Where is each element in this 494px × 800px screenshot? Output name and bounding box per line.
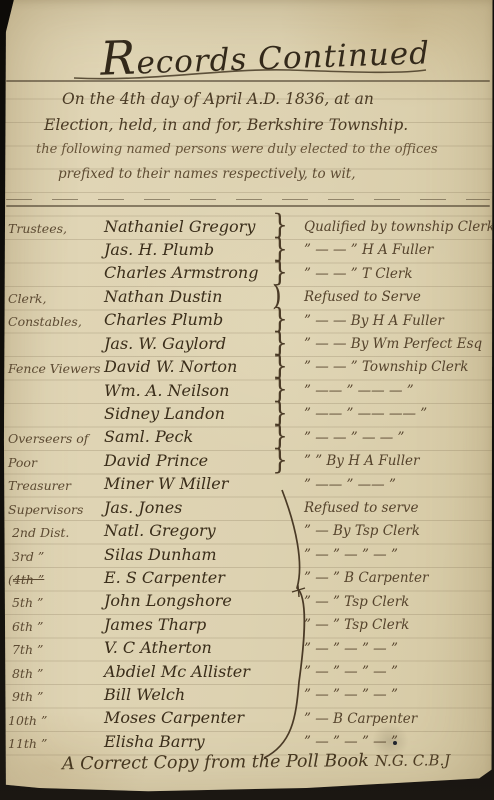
closing-statement: A Correct Copy from the Poll BookN.G. C.… xyxy=(62,750,494,775)
office-label: 10th ” xyxy=(8,714,104,728)
record-row: Clerk, Nathan Dustin ) Refused to Serve xyxy=(8,282,492,305)
person-name: Charles Armstrong xyxy=(104,265,272,282)
office-label: 9th ” xyxy=(8,690,104,704)
record-row: Overseers of Saml. Peck } ” — — ” — — ” xyxy=(8,423,492,446)
person-name: Elisha Barry xyxy=(104,734,272,751)
qualification-remark: ” — — ” H A Fuller xyxy=(298,243,492,259)
qualification-remark: ” — ” B Carpenter xyxy=(298,571,492,587)
qualification-remark: ” — ” — ” — ” xyxy=(298,688,492,704)
person-name: V. C Atherton xyxy=(104,640,272,657)
record-row: Supervisors Jas. Jones Refused to serve xyxy=(8,493,492,516)
office-label: 3rd ” xyxy=(8,550,104,564)
ink-blot xyxy=(393,741,397,745)
qualification-remark: ” — — ” Township Clerk xyxy=(298,360,492,376)
record-row: Treasurer Miner W Miller ” —— ” —— ” xyxy=(8,470,492,493)
qualification-remark: ” — B Carpenter xyxy=(298,712,492,728)
office-label: Treasurer xyxy=(8,479,104,493)
person-name: Jas. W. Gaylord xyxy=(104,336,272,353)
dashed-underline xyxy=(6,199,490,200)
intro-line: On the 4th day of April A.D. 1836, at an xyxy=(62,90,494,108)
office-label: Supervisors xyxy=(8,503,104,517)
qualification-remark: ” — ” Tsp Clerk xyxy=(298,618,492,634)
qualification-remark: ” — ” — ” — ” xyxy=(298,548,492,564)
intro-line: the following named persons were duly el… xyxy=(36,142,494,157)
qualification-remark: ” —— ” —— — ” xyxy=(298,384,492,400)
qualification-remark: ” — — ” T Clerk xyxy=(298,267,492,283)
record-row: 8th ” Abdiel Mc Allister ” — ” — ” — ” xyxy=(8,657,492,680)
office-label: 7th ” xyxy=(8,643,104,657)
person-name: Sidney Landon xyxy=(104,406,272,423)
office-label: Overseers of xyxy=(8,432,104,446)
records-table: Trustees, Nathaniel Gregory } Qualified … xyxy=(8,212,492,751)
record-row: 10th ” Moses Carpenter ” — B Carpenter xyxy=(8,704,492,727)
person-name: Nathan Dustin xyxy=(104,289,272,306)
record-row: Trustees, Nathaniel Gregory } Qualified … xyxy=(8,212,492,235)
person-name: John Longshore xyxy=(104,593,272,610)
record-row: 3rd ” Silas Dunham ” — ” — ” — ” xyxy=(8,540,492,563)
qualification-remark: Refused to Serve xyxy=(298,290,492,306)
person-name: Saml. Peck xyxy=(104,429,272,446)
person-name: Nathaniel Gregory xyxy=(104,219,272,236)
ledger-page: Records Continued On the 4th day of Apri… xyxy=(0,0,494,800)
record-row: Sidney Landon } ” —— ” —— —— ” xyxy=(8,399,492,422)
office-label: 8th ” xyxy=(8,667,104,681)
office-label: 2nd Dist. xyxy=(8,526,104,540)
record-row: Charles Armstrong } ” — — ” T Clerk xyxy=(8,259,492,282)
record-row: 9th ” Bill Welch ” — ” — ” — ” xyxy=(8,680,492,703)
qualification-remark: ” —— ” —— ” xyxy=(298,478,492,494)
qualification-remark: ” — By Tsp Clerk xyxy=(298,524,492,540)
header-rule-line xyxy=(6,80,490,82)
person-name: David W. Norton xyxy=(104,359,272,376)
intro-paragraph: On the 4th day of April A.D. 1836, at an… xyxy=(0,90,494,182)
person-name: Bill Welch xyxy=(104,687,272,704)
qualification-remark: ” — ” — ” — ” xyxy=(298,642,492,658)
record-row: Wm. A. Neilson } ” —— ” —— — ” xyxy=(8,376,492,399)
person-name: Abdiel Mc Allister xyxy=(104,664,272,681)
person-name: Moses Carpenter xyxy=(104,710,272,727)
record-row: Jas. W. Gaylord } ” — — By Wm Perfect Es… xyxy=(8,329,492,352)
record-row: Fence Viewers David W. Norton } ” — — ” … xyxy=(8,353,492,376)
record-row: 7th ” V. C Atherton ” — ” — ” — ” xyxy=(8,634,492,657)
person-name: Jas. H. Plumb xyxy=(104,242,272,259)
intro-line: Election, held, in and for, Berkshire To… xyxy=(44,116,494,134)
office-label: 11th ” xyxy=(8,737,104,751)
qualification-remark: ” ” By H A Fuller xyxy=(298,454,492,470)
record-row: Constables, Charles Plumb } ” — — By H A… xyxy=(8,306,492,329)
closing-text: A Correct Copy from the Poll Book xyxy=(62,751,369,774)
qualification-remark: ” — ” Tsp Clerk xyxy=(298,595,492,611)
record-row: 11th ” Elisha Barry ” — ” — ” — ” xyxy=(8,727,492,750)
record-row: 6th ” James Tharp ” — ” Tsp Clerk xyxy=(8,610,492,633)
office-label: Fence Viewers xyxy=(8,362,104,376)
person-name: Wm. A. Neilson xyxy=(104,383,272,400)
qualification-remark: ” — — By Wm Perfect Esq xyxy=(298,337,492,353)
qualification-remark: Qualified by township Clerk xyxy=(298,220,494,236)
person-name: Silas Dunham xyxy=(104,547,272,564)
person-name: Charles Plumb xyxy=(104,312,272,329)
person-name: Jas. Jones xyxy=(104,500,272,517)
qualification-remark: ” — — ” — — ” xyxy=(298,431,492,447)
person-name: James Tharp xyxy=(104,617,272,634)
office-label: 6th ” xyxy=(8,620,104,634)
table-top-rule-line xyxy=(6,205,490,207)
office-label: Constables, xyxy=(8,315,104,329)
qualification-remark: ” — ” — ” — ” xyxy=(298,665,492,681)
record-row: 5th ” John Longshore ” — ” Tsp Clerk xyxy=(8,587,492,610)
intro-line: prefixed to their names respectively, to… xyxy=(58,166,494,182)
record-row: Poor David Prince } ” ” By H A Fuller xyxy=(8,446,492,469)
office-label: 5th ” xyxy=(8,596,104,610)
person-name: Miner W Miller xyxy=(104,476,272,493)
qualification-remark: ” —— ” —— —— ” xyxy=(298,407,492,423)
qualification-remark: ” — — By H A Fuller xyxy=(298,314,492,330)
person-name: E. S Carpenter xyxy=(104,570,272,587)
brace-mark: } xyxy=(272,448,298,470)
scanned-ledger-photo: { "document": { "title": "Records Contin… xyxy=(0,0,494,800)
office-label: Poor xyxy=(8,456,104,470)
office-label: Trustees, xyxy=(8,222,104,236)
closing-initials: N.G. C.B.J xyxy=(375,751,451,770)
person-name: Natl. Gregory xyxy=(104,523,272,540)
record-row: (4th ” E. S Carpenter ” — ” B Carpenter xyxy=(8,563,492,586)
record-row: 2nd Dist. Natl. Gregory ” — By Tsp Clerk xyxy=(8,516,492,539)
person-name: David Prince xyxy=(104,453,272,470)
record-row: Jas. H. Plumb } ” — — ” H A Fuller xyxy=(8,235,492,258)
office-label: Clerk, xyxy=(8,292,104,306)
office-label: (4th ” xyxy=(8,573,104,587)
qualification-remark: Refused to serve xyxy=(298,501,492,517)
